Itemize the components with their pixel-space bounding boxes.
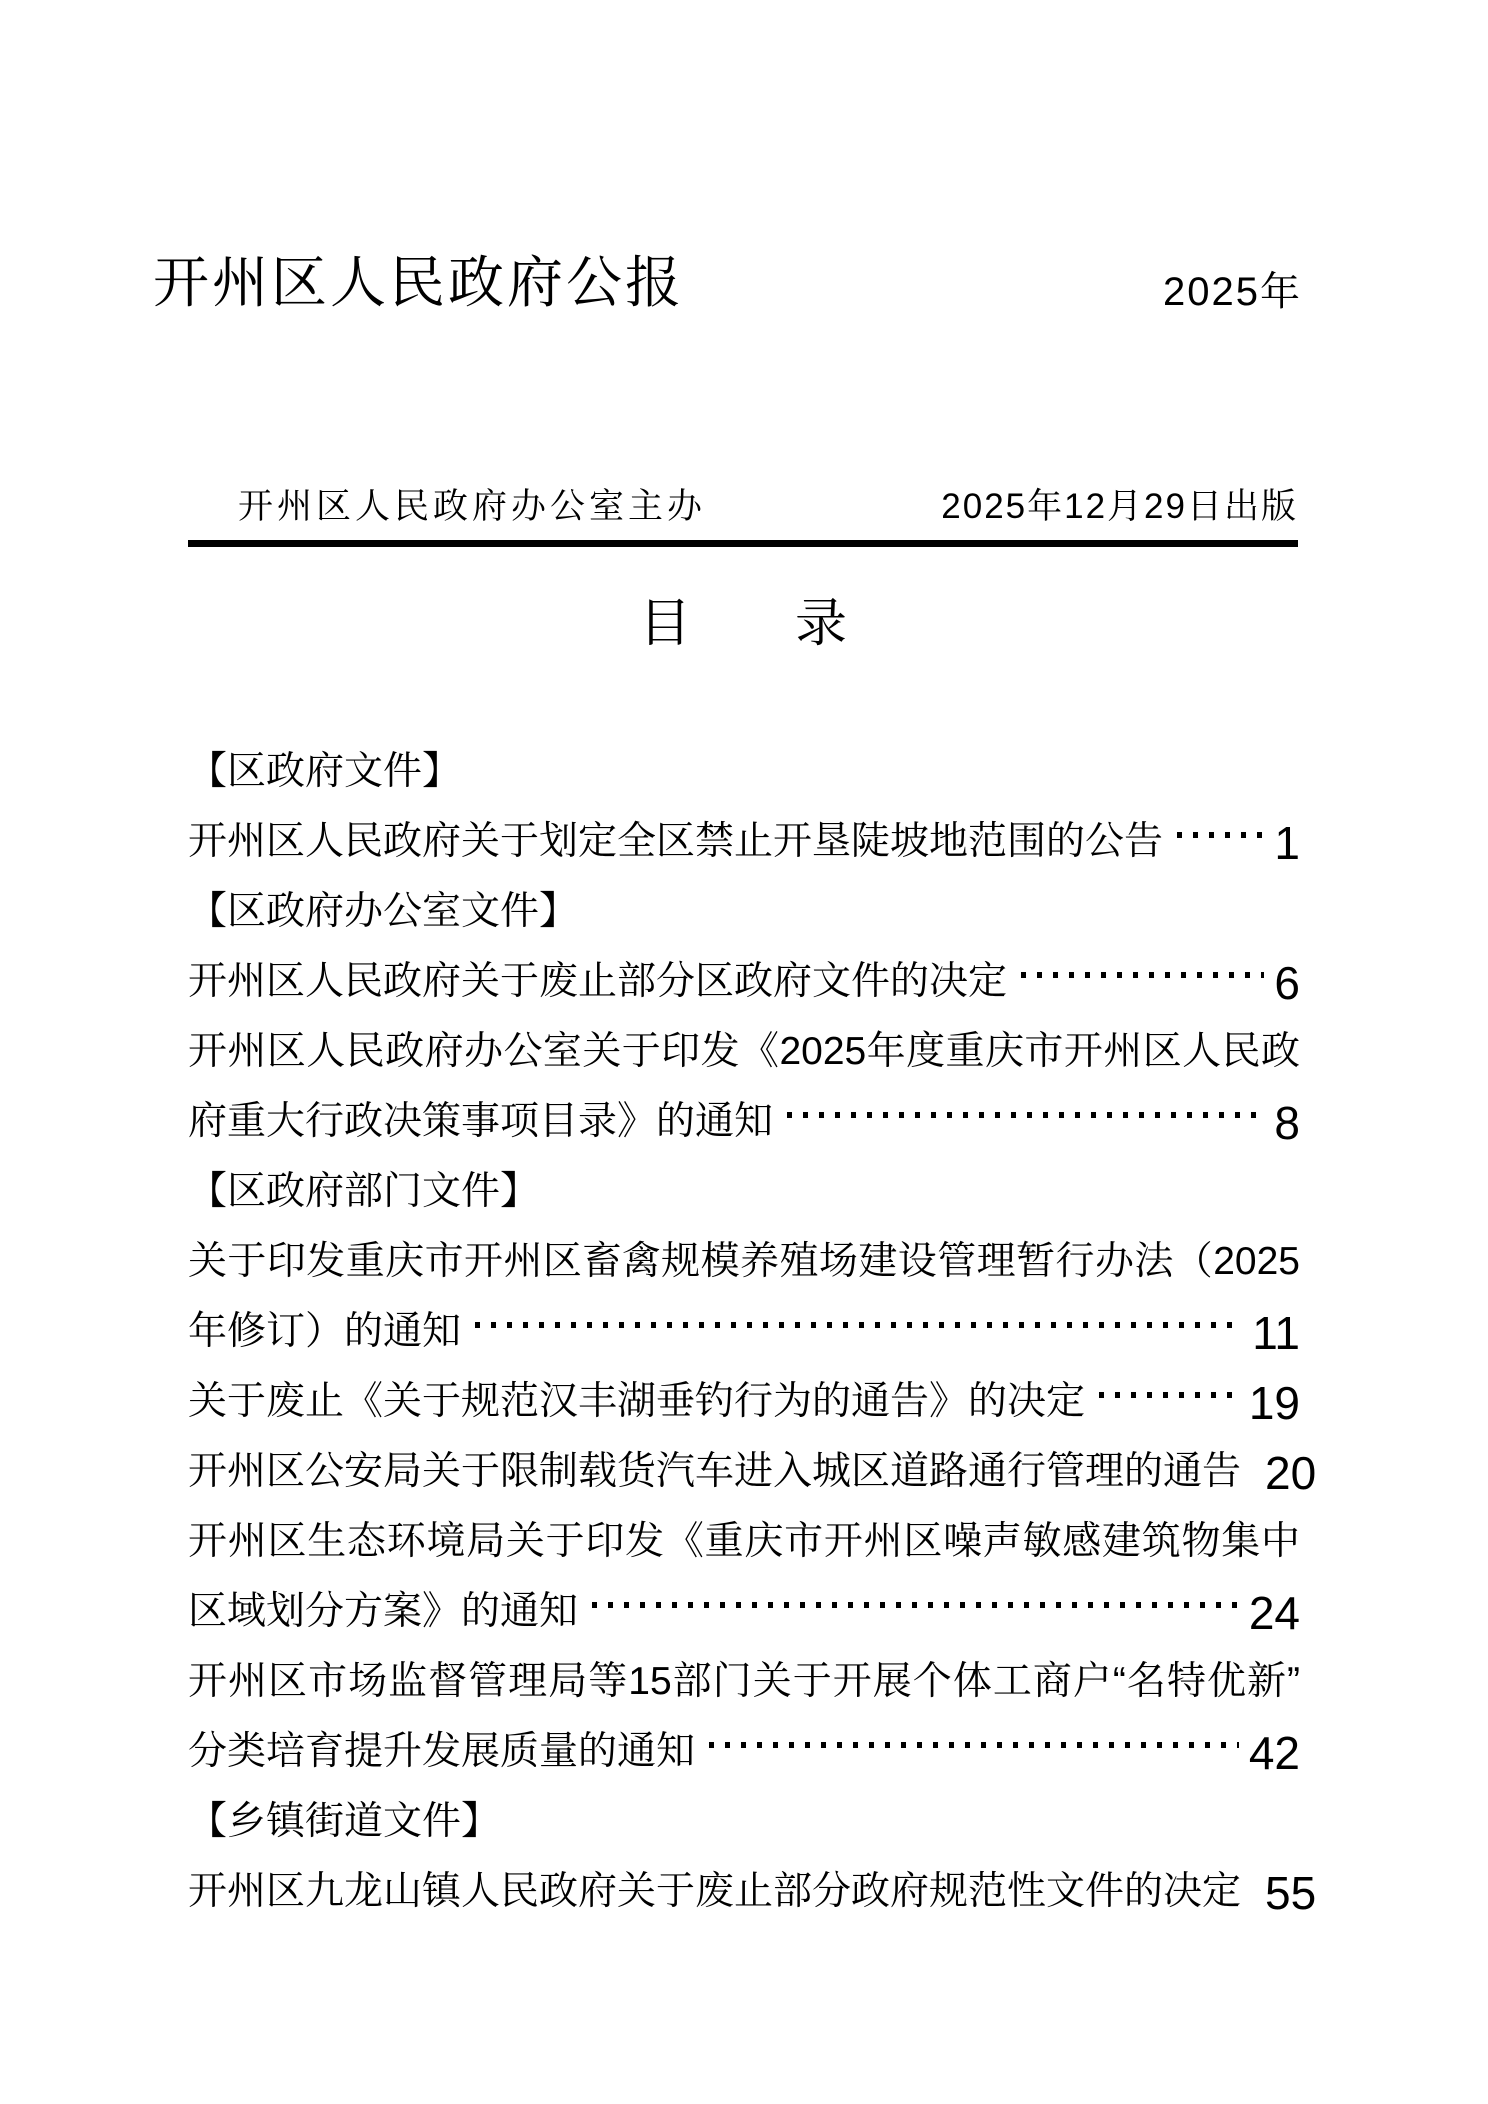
toc-entry-title: 开州区人民政府关于废止部分区政府文件的决定 xyxy=(188,960,1007,1005)
toc-section-header: 【区政府部门文件】 xyxy=(188,1157,1300,1227)
toc-entry-row: 府重大行政决策事项目录》的通知8 xyxy=(188,1087,1300,1157)
table-of-contents: 【区政府文件】开州区人民政府关于划定全区禁止开垦陡坡地范围的公告1【区政府办公室… xyxy=(188,737,1300,1927)
divider-rule xyxy=(188,540,1298,547)
toc-page-number: 24 xyxy=(1249,1590,1300,1636)
toc-entry-title: 府重大行政决策事项目录》的通知 xyxy=(188,1100,773,1145)
toc-entry-row: 关于废止《关于规范汉丰湖垂钓行为的通告》的决定19 xyxy=(188,1367,1300,1437)
toc-entry-row: 开州区公安局关于限制载货汽车进入城区道路通行管理的通告20 xyxy=(188,1437,1300,1507)
toc-page-number: 20 xyxy=(1265,1450,1316,1496)
toc-heading: 目 录 xyxy=(188,594,1298,656)
toc-entry-title: 开州区九龙山镇人民政府关于废止部分政府规范性文件的决定 xyxy=(188,1870,1241,1915)
toc-section-header: 【区政府文件】 xyxy=(188,737,1300,807)
toc-entry-row: 年修订）的通知11 xyxy=(188,1297,1300,1367)
publish-date-label: 2025年12月29日出版 xyxy=(941,488,1298,527)
toc-entry-title: 开州区公安局关于限制载货汽车进入城区道路通行管理的通告 xyxy=(188,1450,1241,1495)
toc-section-header: 【乡镇街道文件】 xyxy=(188,1787,1300,1857)
toc-entry-title: 区域划分方案》的通知 xyxy=(188,1590,578,1635)
toc-page-number: 42 xyxy=(1249,1730,1300,1776)
dot-leader xyxy=(1021,972,1264,978)
toc-entry-row: 区域划分方案》的通知24 xyxy=(188,1577,1300,1647)
toc-entry-row: 开州区人民政府关于划定全区禁止开垦陡坡地范围的公告1 xyxy=(188,807,1300,877)
toc-page-number: 1 xyxy=(1274,820,1300,866)
gazette-page: 开州区人民政府公报 2025年 开州区人民政府办公室主办 2025年12月29日… xyxy=(0,0,1488,2104)
dot-leader xyxy=(787,1112,1264,1118)
toc-entry-wrap-line: 开州区生态环境局关于印发《重庆市开州区噪声敏感建筑物集中 xyxy=(188,1507,1300,1577)
toc-page-number: 8 xyxy=(1274,1100,1300,1146)
organizer-label: 开州区人民政府办公室主办 xyxy=(238,488,706,527)
toc-entry-title: 开州区人民政府关于划定全区禁止开垦陡坡地范围的公告 xyxy=(188,820,1163,865)
toc-entry-wrap-line: 关于印发重庆市开州区畜禽规模养殖场建设管理暂行办法（2025 xyxy=(188,1227,1300,1297)
issue-year-label: 2025年 xyxy=(1163,272,1302,312)
toc-page-number: 6 xyxy=(1274,960,1300,1006)
toc-entry-wrap-line: 开州区人民政府办公室关于印发《2025年度重庆市开州区人民政 xyxy=(188,1017,1300,1087)
toc-entry-row: 开州区人民政府关于废止部分区政府文件的决定6 xyxy=(188,947,1300,1017)
toc-entry-title: 年修订）的通知 xyxy=(188,1310,461,1355)
page-title: 开州区人民政府公报 xyxy=(153,252,684,316)
dot-leader xyxy=(475,1322,1242,1328)
dot-leader xyxy=(709,1742,1239,1748)
dot-leader xyxy=(1099,1392,1239,1398)
toc-entry-row: 开州区九龙山镇人民政府关于废止部分政府规范性文件的决定55 xyxy=(188,1857,1300,1927)
toc-page-number: 55 xyxy=(1265,1870,1316,1916)
toc-entry-title: 关于废止《关于规范汉丰湖垂钓行为的通告》的决定 xyxy=(188,1380,1085,1425)
dot-leader xyxy=(1177,832,1264,838)
toc-page-number: 11 xyxy=(1252,1310,1300,1356)
toc-entry-wrap-line: 开州区市场监督管理局等15部门关于开展个体工商户“名特优新” xyxy=(188,1647,1300,1717)
toc-entry-title: 分类培育提升发展质量的通知 xyxy=(188,1730,695,1775)
dot-leader xyxy=(592,1602,1239,1608)
toc-section-header: 【区政府办公室文件】 xyxy=(188,877,1300,947)
toc-entry-row: 分类培育提升发展质量的通知42 xyxy=(188,1717,1300,1787)
toc-page-number: 19 xyxy=(1249,1380,1300,1426)
